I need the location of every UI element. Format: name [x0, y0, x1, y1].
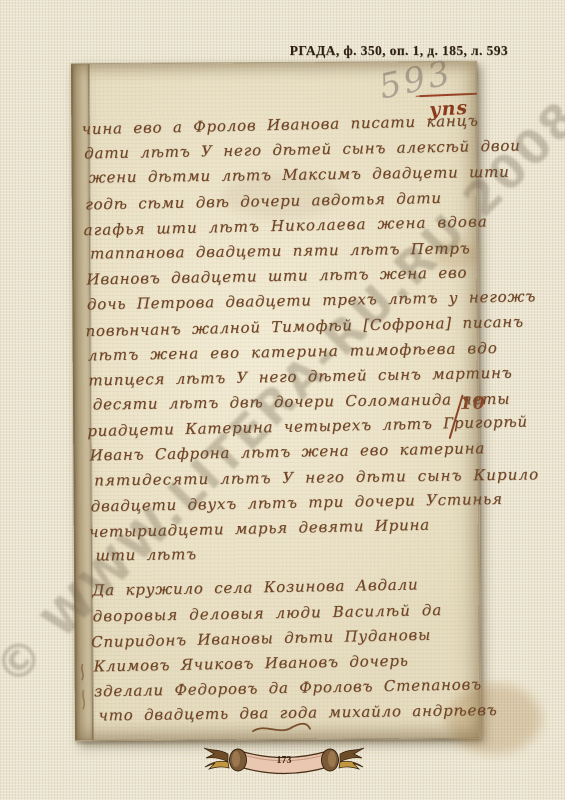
margin-note: 10: [445, 392, 479, 444]
margin-scribble: [77, 662, 91, 712]
flourish-mark: [251, 721, 313, 737]
archive-reference: РГАДА, ф. 350, оп. 1, д. 185, л. 593: [290, 43, 508, 59]
ribbon-left-roll: [230, 749, 247, 771]
manuscript-line: таппанова двадцети пяти лѣтъ Петръ: [90, 236, 462, 266]
scan-viewer: РГАДА, ф. 350, оп. 1, д. 185, л. 593 593…: [0, 0, 565, 800]
ribbon-right-tail: [339, 748, 364, 769]
ribbon-right-roll: [322, 749, 339, 771]
manuscript-line: пятидесяти лѣтъ У него дѣти сынъ Кирило: [94, 463, 466, 493]
margin-note-number: 10: [460, 394, 486, 414]
ribbon-left-tail: [204, 748, 229, 769]
manuscript-line: шти лѣтъ: [95, 539, 467, 569]
manuscript-page: 593 упѕ чина ево а Фролов Иванова писати…: [71, 61, 481, 741]
page-ribbon: 173: [202, 745, 366, 779]
handwritten-text-block: чина ево а Фролов Иванова писати канцъ д…: [84, 110, 471, 730]
footer-page-number: 173: [277, 755, 292, 766]
